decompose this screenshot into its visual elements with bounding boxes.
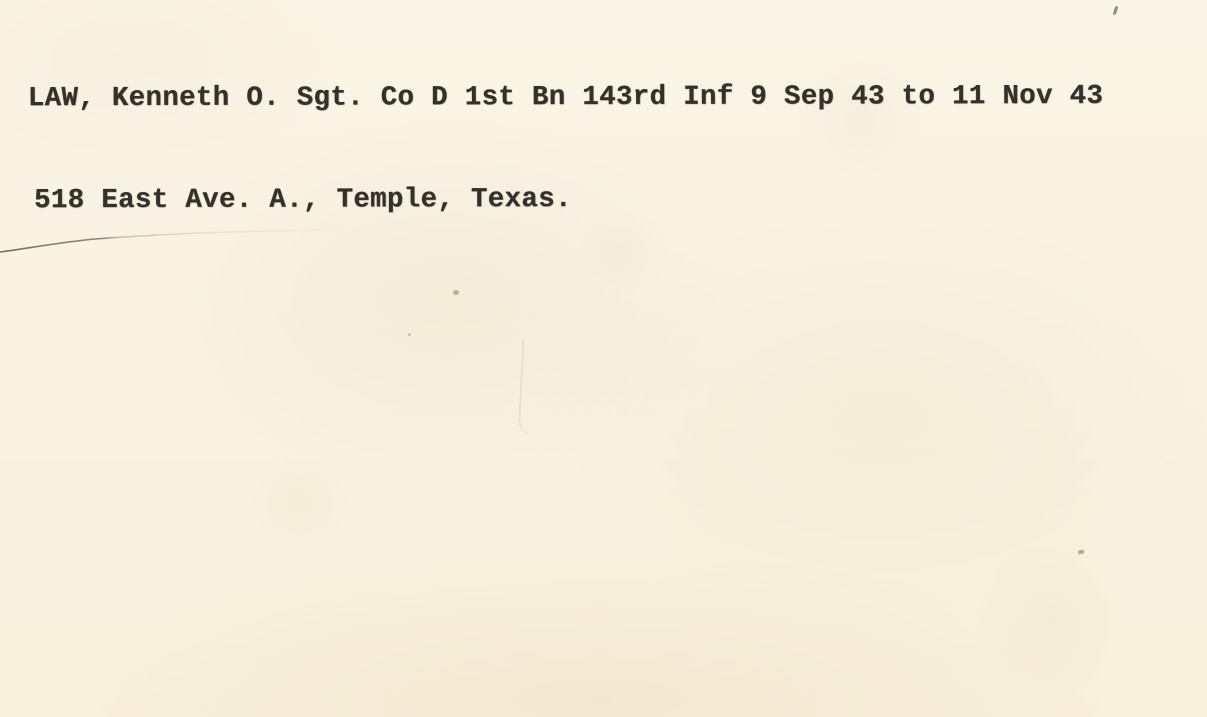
paper-crease-mark xyxy=(0,224,360,274)
typed-line-address: 518 East Ave. A., Temple, Texas. xyxy=(34,182,1103,218)
typed-line-service-record: LAW, Kenneth O. Sgt. Co D 1st Bn 143rd I… xyxy=(28,80,1103,116)
ink-dot-small xyxy=(408,333,411,336)
ink-speck-middle xyxy=(453,290,459,295)
scanned-index-card: LAW, Kenneth O. Sgt. Co D 1st Bn 143rd I… xyxy=(0,0,1207,717)
